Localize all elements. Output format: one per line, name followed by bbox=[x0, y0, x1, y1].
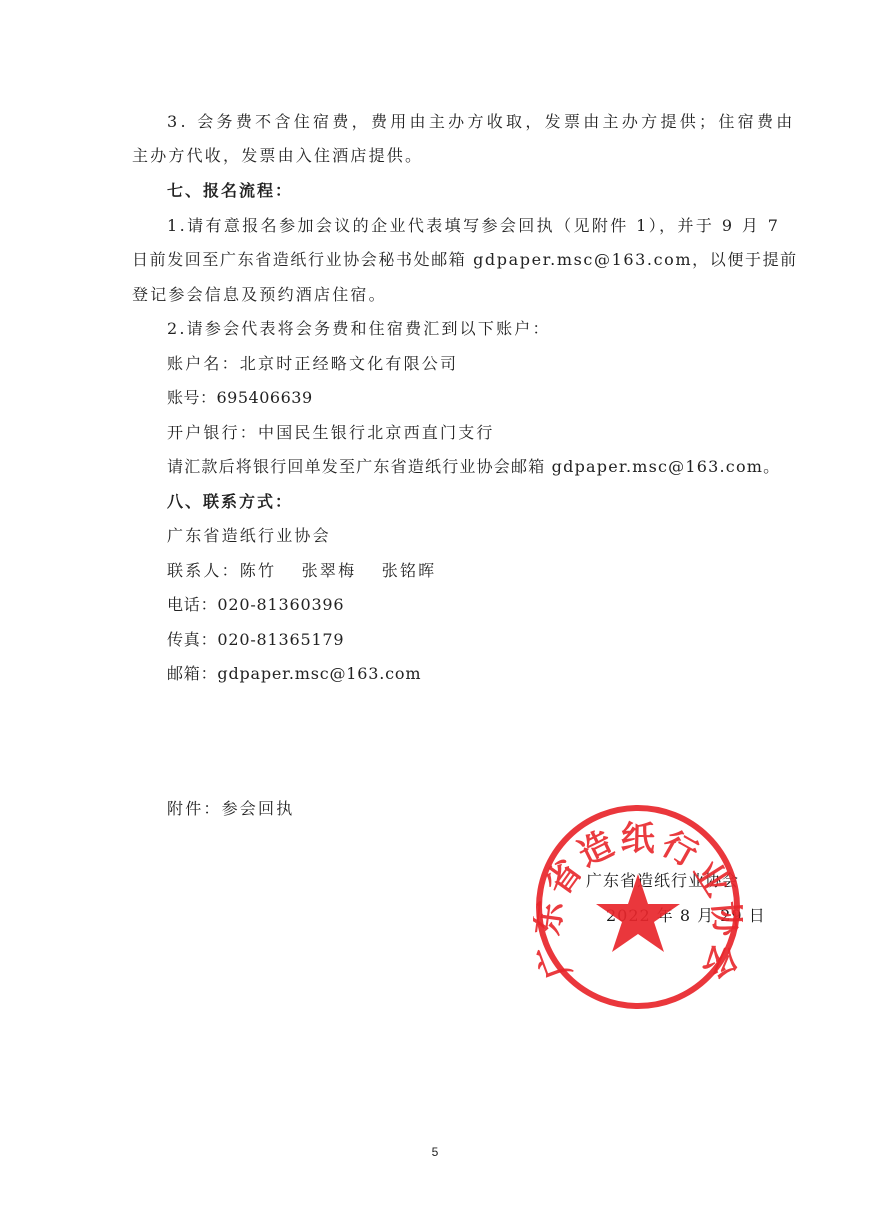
paragraph-3-line-1: 3. 会务费不含住宿费，费用由主办方收取，发票由主办方提供；住宿费由 bbox=[167, 112, 796, 132]
section-8-heading: 八、联系方式： bbox=[167, 492, 293, 512]
remittance-note: 请汇款后将银行回单发至广东省造纸行业协会邮箱 gdpaper.msc@163.c… bbox=[167, 457, 780, 477]
section-7-item-1-line-1: 1.请有意报名参加会议的企业代表填写参会回执（见附件 1），并于 9 月 7 bbox=[167, 216, 780, 236]
account-number: 账号：695406639 bbox=[167, 388, 313, 408]
official-seal-icon: 广东省造纸行业协会 bbox=[533, 802, 743, 1012]
contact-persons: 联系人：陈竹 张翠梅 张铭晖 bbox=[167, 561, 436, 581]
section-7-item-1-line-3: 登记参会信息及预约酒店住宿。 bbox=[132, 285, 387, 305]
section-7-item-1-line-2: 日前发回至广东省造纸行业协会秘书处邮箱 gdpaper.msc@163.com，… bbox=[132, 250, 798, 270]
section-7-item-2: 2.请参会代表将会务费和住宿费汇到以下账户： bbox=[167, 319, 551, 339]
paragraph-3-line-2: 主办方代收，发票由入住酒店提供。 bbox=[132, 146, 423, 166]
section-7-heading: 七、报名流程： bbox=[167, 181, 293, 201]
account-name: 账户名：北京时正经略文化有限公司 bbox=[167, 354, 458, 374]
contact-organization: 广东省造纸行业协会 bbox=[167, 526, 331, 546]
contact-email: 邮箱：gdpaper.msc@163.com bbox=[167, 664, 421, 684]
page-number: 5 bbox=[0, 1145, 870, 1159]
document-page: 3. 会务费不含住宿费，费用由主办方收取，发票由主办方提供；住宿费由 主办方代收… bbox=[0, 0, 870, 1232]
contact-fax: 传真：020-81365179 bbox=[167, 630, 344, 650]
attachment-note: 附件：参会回执 bbox=[167, 799, 294, 819]
bank-name: 开户银行：中国民生银行北京西直门支行 bbox=[167, 423, 495, 443]
contact-phone: 电话：020-81360396 bbox=[167, 595, 344, 615]
